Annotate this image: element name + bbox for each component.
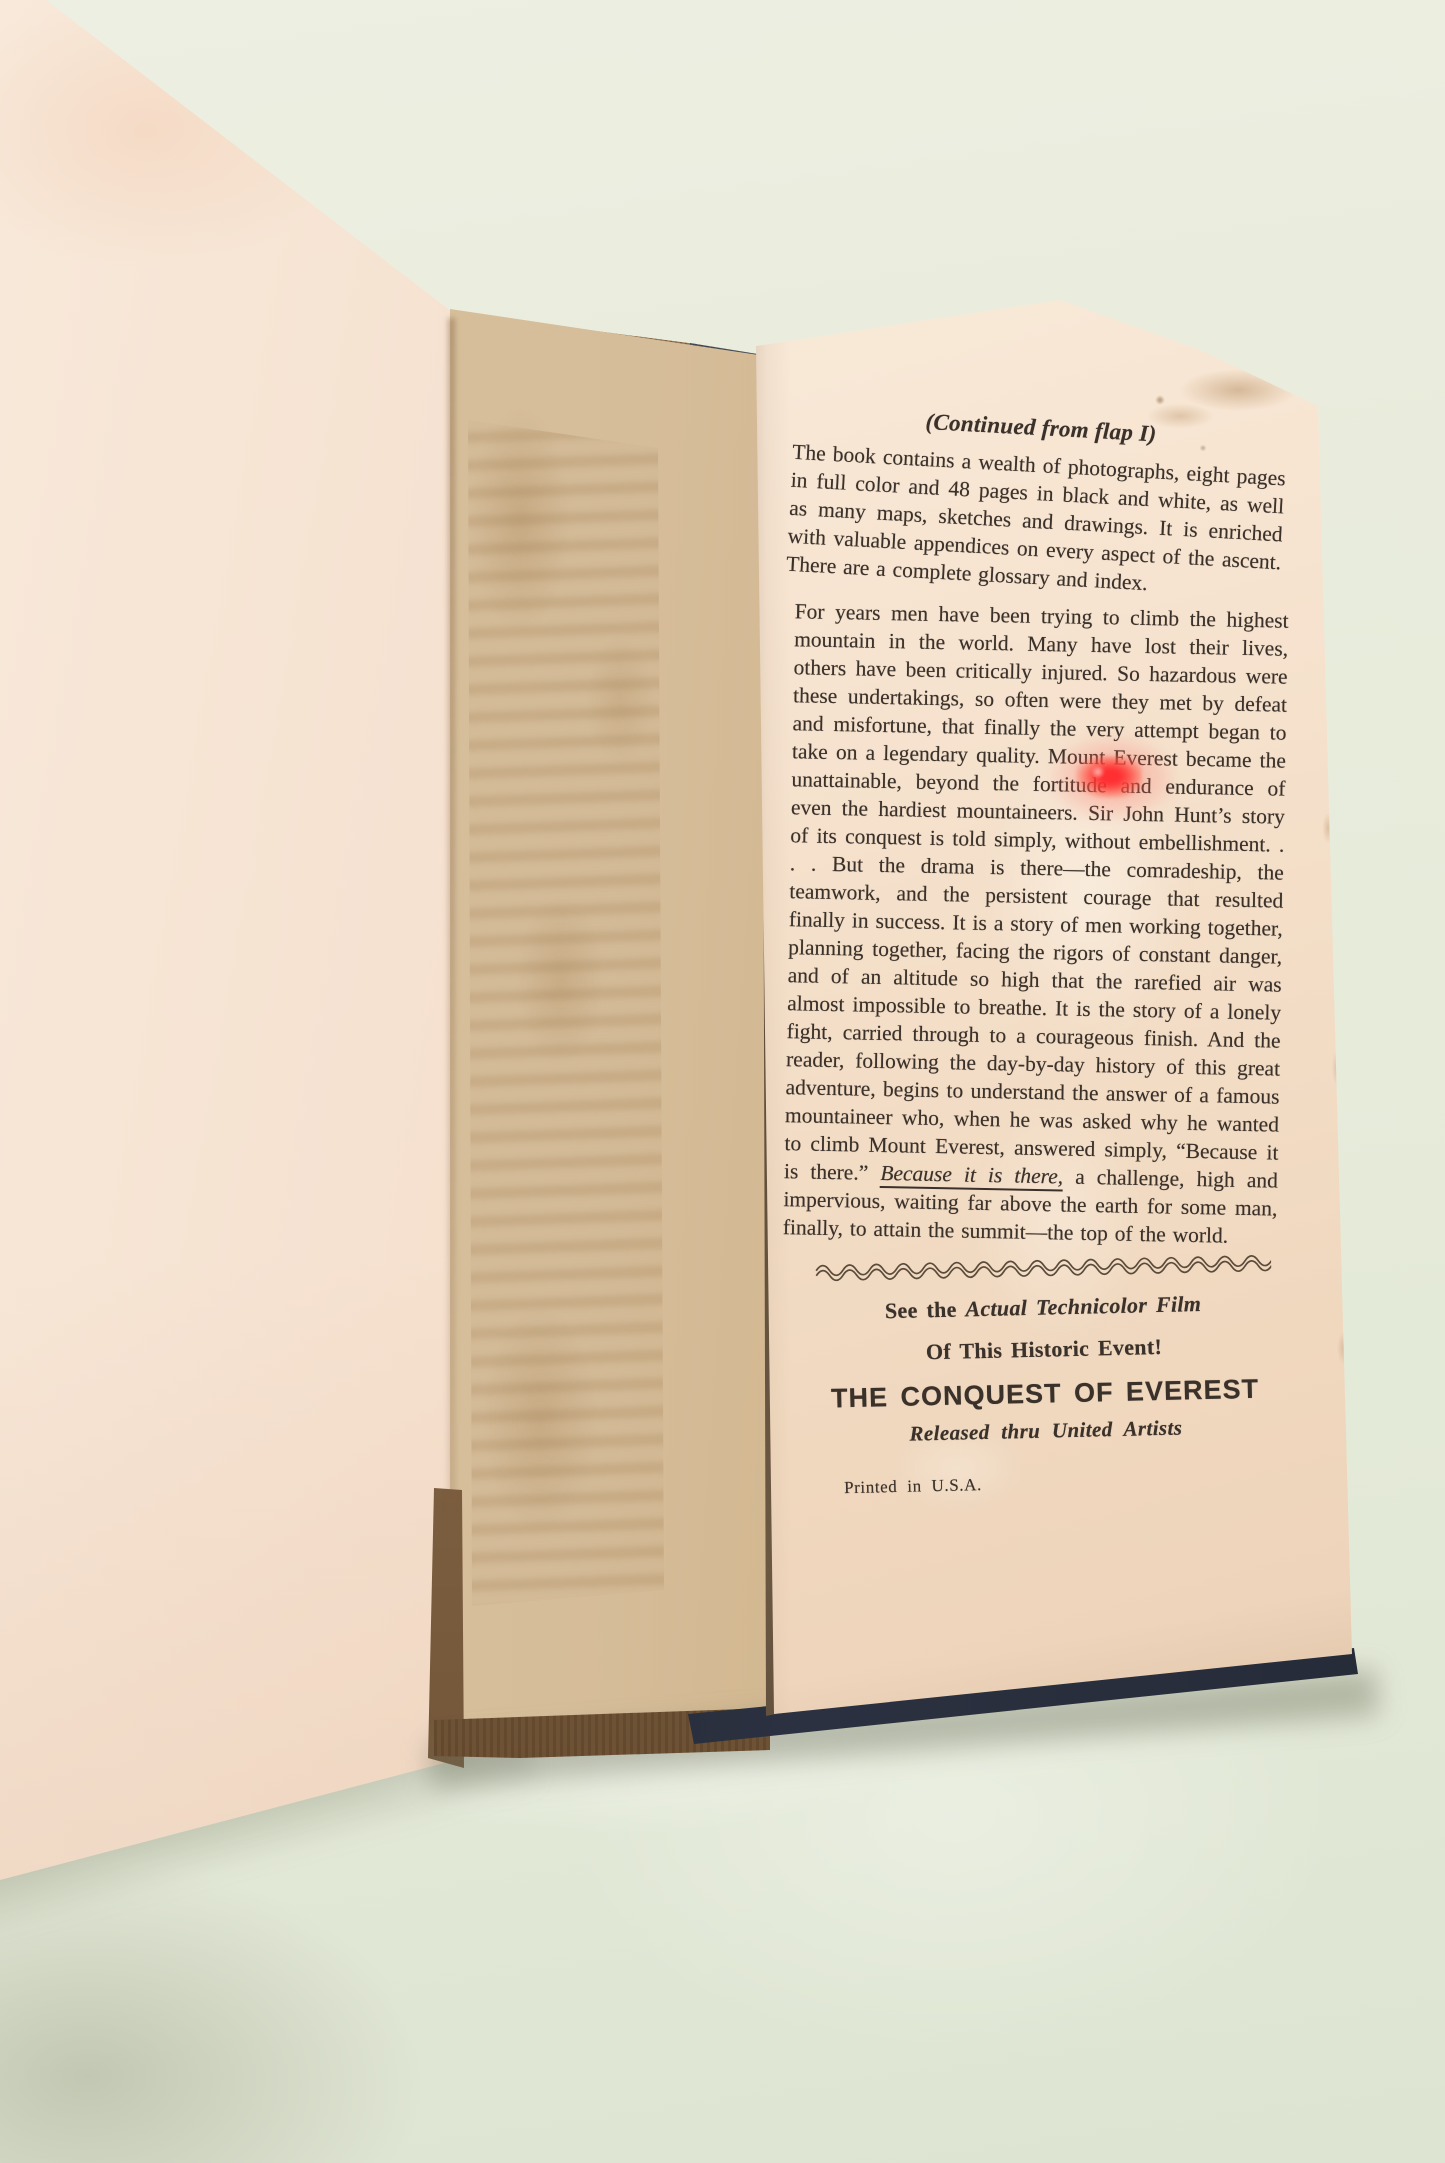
laser-pointer-dot: [1076, 756, 1142, 798]
printed-in-usa: Printed in U.S.A.: [844, 1468, 1294, 1498]
flap-paragraph-2: For years men have been trying to climb …: [783, 597, 1289, 1250]
flap-text-top-block: (Continued from flap I) The book contain…: [786, 402, 1289, 604]
flap-text: (Continued from flap I) The book contain…: [795, 404, 1289, 1497]
flap-paragraph-2-start: For years men have been trying to climb …: [784, 599, 1289, 1185]
flap-paragraph-1: The book contains a wealth of photograph…: [786, 438, 1287, 605]
promo-historic-line: Of This Historic Event!: [797, 1331, 1291, 1368]
released-line: Released thru United Artists: [799, 1413, 1293, 1449]
film-title: THE CONQUEST OF EVEREST: [798, 1373, 1293, 1415]
promo-see-italic: Actual Technicolor Film: [965, 1291, 1201, 1321]
wavy-divider: [813, 1253, 1271, 1283]
flap-promo-block: See the Actual Technicolor Film Of This …: [795, 1253, 1294, 1499]
book-photo: (Continued from flap I) The book contain…: [0, 0, 1445, 2163]
flap-paragraph-2-emphasis: Because it is there,: [880, 1161, 1063, 1192]
laser-pointer-highlight: [1090, 766, 1106, 778]
flap-text-main-block: For years men have been trying to climb …: [783, 597, 1289, 1250]
promo-see-line: See the Actual Technicolor Film: [796, 1289, 1290, 1326]
cover-hinge-shadow: [448, 318, 455, 1508]
promo-see-prefix: See the: [885, 1296, 966, 1323]
